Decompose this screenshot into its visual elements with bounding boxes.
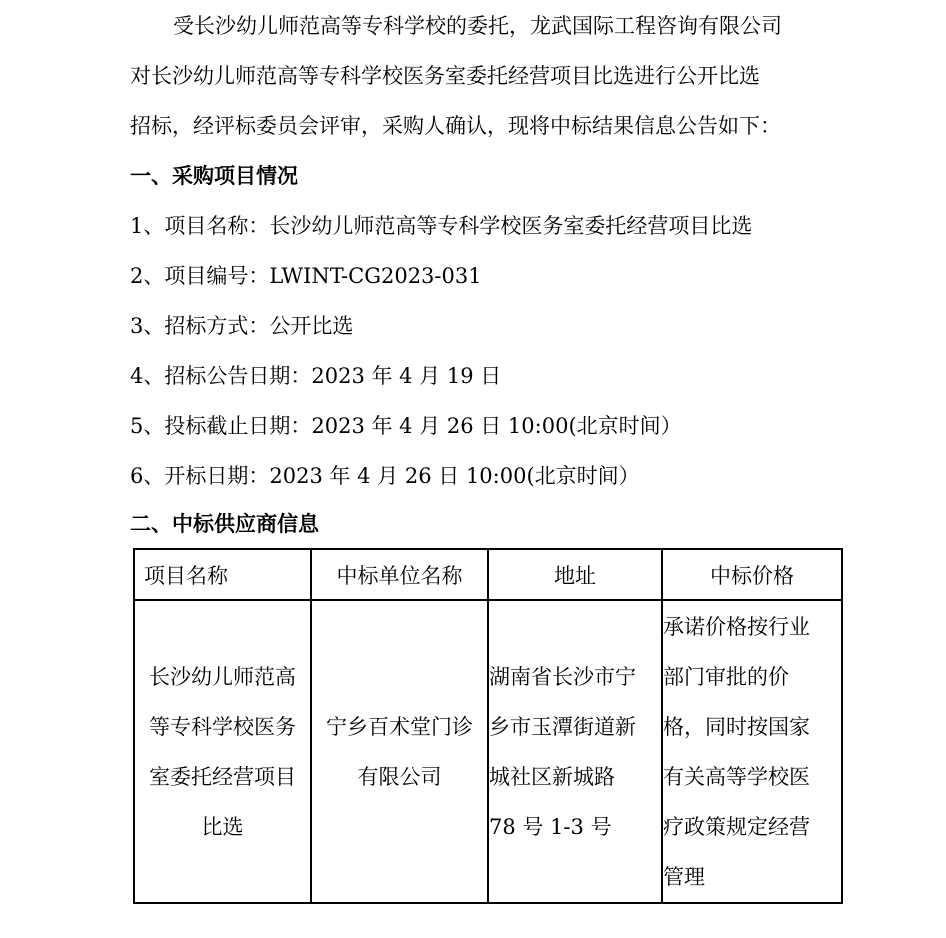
col-header-project-name: 项目名称	[134, 549, 311, 600]
item-announcement-date: 4、招标公告日期：2023 年 4 月 19 日	[130, 351, 834, 401]
col-header-winner-name: 中标单位名称	[311, 549, 488, 600]
cell-address: 湖南省长沙市宁 乡市玉潭街道新 城社区新城路 78 号 1-3 号	[488, 600, 662, 903]
intro-line-3: 招标，经评标委员会评审，采购人确认，现将中标结果信息公告如下：	[130, 101, 834, 151]
item-bid-opening-date: 6、开标日期：2023 年 4 月 26 日 10:00(北京时间）	[130, 451, 834, 501]
item-bidding-method: 3、招标方式：公开比选	[130, 301, 834, 351]
section2-heading: 二、中标供应商信息	[130, 501, 834, 547]
intro-line-2: 对长沙幼儿师范高等专科学校医务室委托经营项目比选进行公开比选	[130, 51, 834, 101]
winning-supplier-table: 项目名称 中标单位名称 地址 中标价格 长沙幼儿师范高 等专科学校医务 室委托经…	[133, 548, 843, 904]
item-project-number: 2、项目编号：LWINT-CG2023-031	[130, 251, 834, 301]
section1-heading: 一、采购项目情况	[130, 151, 834, 201]
table-row: 长沙幼儿师范高 等专科学校医务 室委托经营项目 比选 宁乡百术堂门诊 有限公司 …	[134, 600, 842, 903]
document-body: 受长沙幼儿师范高等专科学校的委托，龙武国际工程咨询有限公司 对长沙幼儿师范高等专…	[130, 1, 834, 547]
col-header-price: 中标价格	[662, 549, 842, 600]
cell-winner-name: 宁乡百术堂门诊 有限公司	[311, 600, 488, 903]
cell-project-name: 长沙幼儿师范高 等专科学校医务 室委托经营项目 比选	[134, 600, 311, 903]
item-project-name: 1、项目名称：长沙幼儿师范高等专科学校医务室委托经营项目比选	[130, 201, 834, 251]
intro-line-1: 受长沙幼儿师范高等专科学校的委托，龙武国际工程咨询有限公司	[130, 1, 834, 51]
table-header-row: 项目名称 中标单位名称 地址 中标价格	[134, 549, 842, 600]
col-header-address: 地址	[488, 549, 662, 600]
item-bid-deadline: 5、投标截止日期：2023 年 4 月 26 日 10:00(北京时间）	[130, 401, 834, 451]
cell-price: 承诺价格按行业 部门审批的价 格，同时按国家 有关高等学校医 疗政策规定经营 管…	[662, 600, 842, 903]
document-page: 受长沙幼儿师范高等专科学校的委托，龙武国际工程咨询有限公司 对长沙幼儿师范高等专…	[0, 0, 946, 938]
